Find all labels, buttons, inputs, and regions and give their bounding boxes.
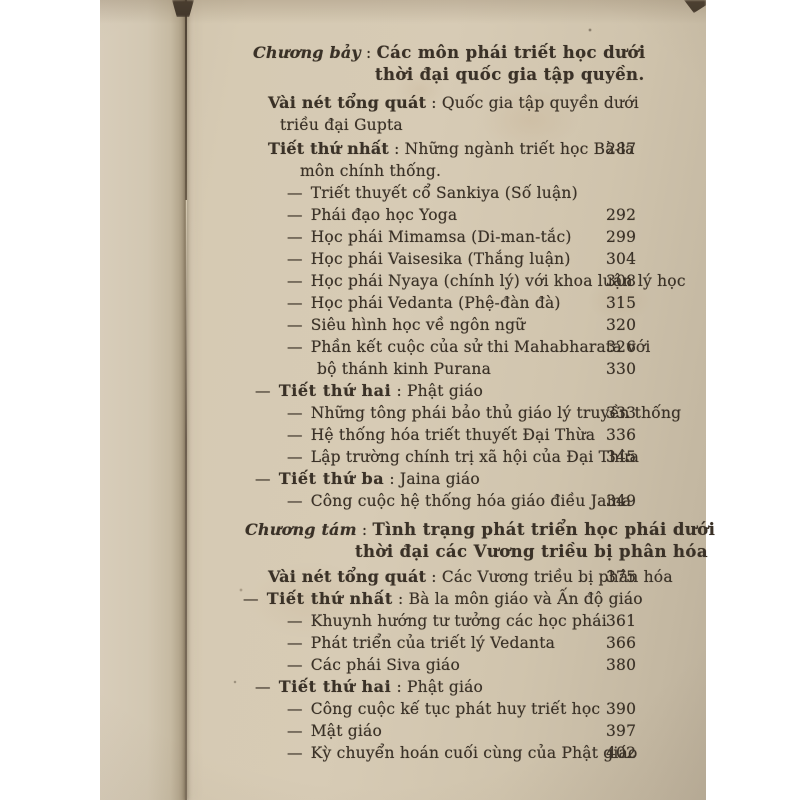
em-dash: —	[287, 700, 303, 718]
toc-row-label: Tiết thứ nhất	[267, 589, 393, 608]
toc-row-separator: :	[391, 382, 407, 400]
toc-page-number: 308	[606, 270, 648, 292]
page-corner-shadow	[684, 0, 706, 13]
toc-page-number: 287	[606, 138, 648, 160]
toc-row: —Mật giáo397	[240, 720, 648, 742]
toc-row-text: Bà la môn giáo và Ấn độ giáo	[409, 590, 643, 608]
toc-row-separator: :	[389, 140, 405, 158]
toc-row: —Hệ thống hóa triết thuyết Đại Thừa336	[240, 424, 648, 446]
toc-row-separator: :	[393, 590, 409, 608]
toc-row: bộ thánh kinh Purana330	[240, 358, 648, 380]
toc-row-label: Tiết thứ hai	[279, 381, 392, 400]
em-dash: —	[243, 590, 259, 608]
em-dash: —	[287, 404, 303, 422]
toc-row: môn chính thống.	[240, 160, 648, 182]
em-dash: —	[287, 722, 303, 740]
toc-row: Chương tám : Tình trạng phát triển học p…	[240, 519, 648, 541]
toc-row-separator: :	[426, 94, 442, 112]
toc-row-label: Tiết thứ ba	[279, 469, 385, 488]
toc-row: —Tiết thứ hai : Phật giáo	[240, 380, 648, 402]
toc-page-number: 336	[606, 424, 648, 446]
toc-row-text: Kỳ chuyển hoán cuối cùng của Phật giáo	[311, 744, 638, 762]
toc-row-text: Siêu hình học về ngôn ngữ	[311, 316, 526, 334]
screenshot-root: { "colors":{ "background":"#ffffff", "pa…	[0, 0, 800, 800]
toc-row-separator: :	[361, 44, 377, 62]
em-dash: —	[287, 656, 303, 674]
toc-row: Vài nét tổng quát : Các Vương triều bị p…	[240, 566, 648, 588]
toc-row: —Phát triển của triết lý Vedanta366	[240, 632, 648, 654]
toc-row: —Tiết thứ ba : Jaina giáo	[240, 468, 648, 490]
toc-page-number: 375	[606, 566, 648, 588]
toc-row-text: Jaina giáo	[400, 470, 480, 488]
toc-page-number: 320	[606, 314, 648, 336]
em-dash: —	[287, 448, 303, 466]
toc-row-text: bộ thánh kinh Purana	[317, 360, 491, 378]
toc-row: —Các phái Siva giáo380	[240, 654, 648, 676]
toc-row-text: Triết thuyết cổ Sankiya (Số luận)	[311, 184, 578, 202]
toc-page-number: 315	[606, 292, 648, 314]
toc-list: Chương bảy : Các môn phái triết học dưới…	[240, 42, 648, 764]
toc-page-number: 299	[606, 226, 648, 248]
toc-row-text: Mật giáo	[311, 722, 382, 740]
em-dash: —	[287, 294, 303, 312]
toc-row-separator: :	[357, 521, 373, 539]
book-page-photo: Chương bảy : Các môn phái triết học dưới…	[100, 0, 706, 800]
toc-row: Vài nét tổng quát : Quốc gia tập quyền d…	[240, 92, 648, 114]
em-dash: —	[287, 634, 303, 652]
em-dash: —	[255, 382, 271, 400]
toc-row: —Học phái Nyaya (chính lý) với khoa luận…	[240, 270, 648, 292]
em-dash: —	[255, 470, 271, 488]
toc-page-number: 397	[606, 720, 648, 742]
toc-row-label: Tiết thứ hai	[279, 677, 392, 696]
em-dash: —	[287, 426, 303, 444]
toc-row-separator: :	[384, 470, 400, 488]
em-dash: —	[287, 272, 303, 290]
em-dash: —	[287, 250, 303, 268]
toc-page-number: 330	[606, 358, 648, 380]
toc-row-separator: :	[391, 678, 407, 696]
toc-row: Chương bảy : Các môn phái triết học dưới	[240, 42, 648, 64]
toc-row-text: Các phái Siva giáo	[311, 656, 460, 674]
toc-row-text: Lập trường chính trị xã hội của Đại Thừa	[311, 448, 639, 466]
toc-row: —Công cuộc kế tục phát huy triết học390	[240, 698, 648, 720]
toc-row: Tiết thứ nhất : Những ngành triết học Bà…	[240, 138, 648, 160]
toc-page-number: 380	[606, 654, 648, 676]
toc-row-text: Khuynh hướng tư tưởng các học phái	[311, 612, 607, 630]
toc-row-label: Tiết thứ nhất	[268, 139, 389, 158]
toc-row-text: Học phái Vedanta (Phệ-đàn đà)	[311, 294, 561, 312]
toc-row-text: Những ngành triết học Bà-la	[405, 140, 635, 158]
em-dash: —	[255, 678, 271, 696]
toc-row-label: Vài nét tổng quát	[268, 93, 426, 112]
toc-row-text: triều đại Gupta	[280, 116, 403, 134]
em-dash: —	[287, 492, 303, 510]
toc-page-number: 292	[606, 204, 648, 226]
toc-row: —Phần kết cuộc của sử thi Mahabharata vớ…	[240, 336, 648, 358]
em-dash: —	[287, 612, 303, 630]
toc-row: —Kỳ chuyển hoán cuối cùng của Phật giáo4…	[240, 742, 648, 764]
toc-row-text: Công cuộc kế tục phát huy triết học	[311, 700, 601, 718]
toc-row-text: Các môn phái triết học dưới	[377, 43, 646, 62]
toc-row-text: Tình trạng phát triển học phái dưới	[372, 520, 715, 539]
em-dash: —	[287, 206, 303, 224]
toc-row: —Siêu hình học về ngôn ngữ320	[240, 314, 648, 336]
toc-page-number: 304	[606, 248, 648, 270]
toc-page-number: 349	[606, 490, 648, 512]
toc-row-text: Học phái Mimamsa (Di-man-tắc)	[311, 228, 572, 246]
toc-row-text: Hệ thống hóa triết thuyết Đại Thừa	[311, 426, 596, 444]
toc-page-number: 361	[606, 610, 648, 632]
toc-row: —Lập trường chính trị xã hội của Đại Thừ…	[240, 446, 648, 468]
toc-row-text: Phật giáo	[407, 382, 483, 400]
toc-row: —Tiết thứ nhất : Bà la môn giáo và Ấn độ…	[240, 588, 648, 610]
toc-row-text: Học phái Vaisesika (Thắng luận)	[311, 250, 571, 268]
toc-row-label: Chương bảy	[253, 43, 361, 62]
toc-row: —Học phái Vaisesika (Thắng luận)304	[240, 248, 648, 270]
em-dash: —	[287, 744, 303, 762]
toc-page-number: 345	[606, 446, 648, 468]
toc-row: —Học phái Mimamsa (Di-man-tắc)299	[240, 226, 648, 248]
toc-page-number: 333	[606, 402, 648, 424]
toc-page-number: 326	[606, 336, 648, 358]
toc-row-text: Phật giáo	[407, 678, 483, 696]
toc-row: —Học phái Vedanta (Phệ-đàn đà)315	[240, 292, 648, 314]
em-dash: —	[287, 228, 303, 246]
toc-row: —Những tông phái bảo thủ giáo lý truyền …	[240, 402, 648, 424]
toc-row: thời đại quốc gia tập quyền.	[240, 64, 648, 86]
toc-row-text: Phát triển của triết lý Vedanta	[311, 634, 555, 652]
em-dash: —	[287, 316, 303, 334]
toc-row-label: Vài nét tổng quát	[268, 567, 426, 586]
em-dash: —	[287, 338, 303, 356]
toc-row: —Phái đạo học Yoga292	[240, 204, 648, 226]
toc-row: —Triết thuyết cổ Sankiya (Số luận)	[240, 182, 648, 204]
toc-row: —Tiết thứ hai : Phật giáo	[240, 676, 648, 698]
toc-row-label: Chương tám	[245, 520, 357, 539]
toc-row-text: thời đại các Vương triều bị phân hóa	[355, 542, 708, 561]
toc-row-text: thời đại quốc gia tập quyền.	[375, 65, 645, 84]
em-dash: —	[287, 184, 303, 202]
toc-row-text: Phần kết cuộc của sử thi Mahabharata với	[311, 338, 651, 356]
toc-row: thời đại các Vương triều bị phân hóa	[240, 541, 648, 563]
toc-row: —Công cuộc hệ thống hóa giáo điều Jaina3…	[240, 490, 648, 512]
page-gutter-crease	[185, 0, 187, 800]
facing-page-edge	[100, 0, 186, 800]
toc-row: triều đại Gupta	[240, 114, 648, 136]
toc-row-text: Phái đạo học Yoga	[311, 206, 458, 224]
toc-row: —Khuynh hướng tư tưởng các học phái361	[240, 610, 648, 632]
toc-page-number: 390	[606, 698, 648, 720]
toc-row-text: Công cuộc hệ thống hóa giáo điều Jaina	[311, 492, 632, 510]
toc-row-text: môn chính thống.	[300, 162, 441, 180]
toc-page-number: 366	[606, 632, 648, 654]
toc-row-separator: :	[426, 568, 442, 586]
toc-row-text: Quốc gia tập quyền dưới	[442, 94, 639, 112]
toc-page-number: 402	[606, 742, 648, 764]
